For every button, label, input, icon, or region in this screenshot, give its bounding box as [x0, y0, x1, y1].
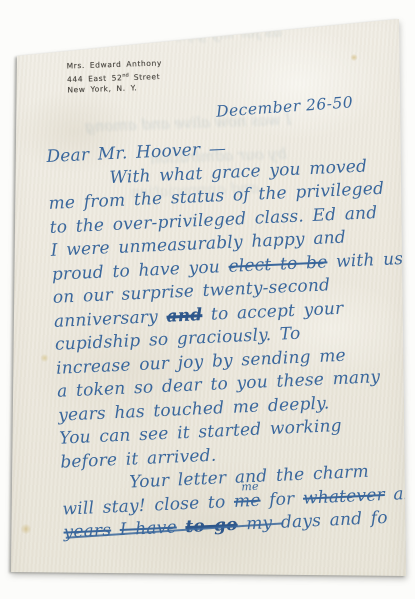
letter-line: before it arrived. — [60, 434, 415, 474]
stain — [40, 354, 49, 362]
letter-line: to the over-privileged class. Ed and — [49, 200, 415, 240]
handwritten-date: December 26-50 — [216, 93, 354, 121]
letter-line: You can see it started working — [59, 411, 415, 451]
struck-text: and — [166, 305, 203, 327]
letterhead-name: Mrs. Edward Anthony — [66, 59, 162, 72]
inserted-word: me — [241, 480, 259, 492]
letter-line: years I have to go my days and fo — [63, 505, 415, 545]
letter-line: increase our joy by sending me — [56, 340, 415, 380]
letter-line: Your letter and the charm — [129, 458, 415, 495]
bleedthrough-text: and appreciation — [130, 179, 259, 201]
letter-line: years has touched me deeply. — [58, 387, 415, 427]
letter-line: a token so dear to you these many — [57, 364, 415, 404]
letter-line: anniversary and to accept your — [53, 293, 415, 333]
stain — [350, 54, 358, 61]
struck-text: to go — [185, 515, 238, 537]
letter-line: With what grace you moved — [109, 153, 415, 191]
letter-line: me from the status of the privileged — [48, 176, 415, 216]
struck-text: whatever — [303, 485, 386, 509]
stain — [20, 524, 32, 534]
letterhead-street: 444 East 52nd Street — [67, 69, 163, 85]
struck-text: years — [63, 520, 112, 542]
letter-paper: as for my gift, the Anthonys I was now a… — [0, 0, 415, 599]
letter-line: will stay! close to meme for whatever al… — [62, 481, 415, 521]
struck-text: I have — [119, 517, 177, 540]
paper-shadow: as for my gift, the Anthonys I was now a… — [0, 0, 415, 599]
bleedthrough-text: by our admiration — [150, 145, 287, 168]
letterhead-city: New York, N. Y. — [67, 82, 163, 95]
letter-line: proud to have you elect to be with us — [51, 247, 415, 287]
salutation: Dear Mr. Hoover — — [46, 129, 415, 169]
letter-body: Dear Mr. Hoover — With what grace you mo… — [46, 129, 415, 545]
bleedthrough-text: I was now alive and among — [85, 110, 292, 135]
struck-text: elect to be — [228, 252, 328, 276]
struck-text: me — [234, 490, 261, 511]
letter-line: on our surprise twenty-second — [52, 270, 415, 310]
letter-line: I were unmeasurably happy and — [50, 223, 415, 263]
letter-line: cupidship so graciously. To — [55, 317, 415, 357]
strike-mark — [66, 522, 284, 538]
bleedthrough-text: as for my gift, the Anthonys — [70, 22, 282, 47]
letter-photo: as for my gift, the Anthonys I was now a… — [0, 0, 415, 599]
letterhead: Mrs. Edward Anthony 444 East 52nd Street… — [66, 59, 162, 96]
